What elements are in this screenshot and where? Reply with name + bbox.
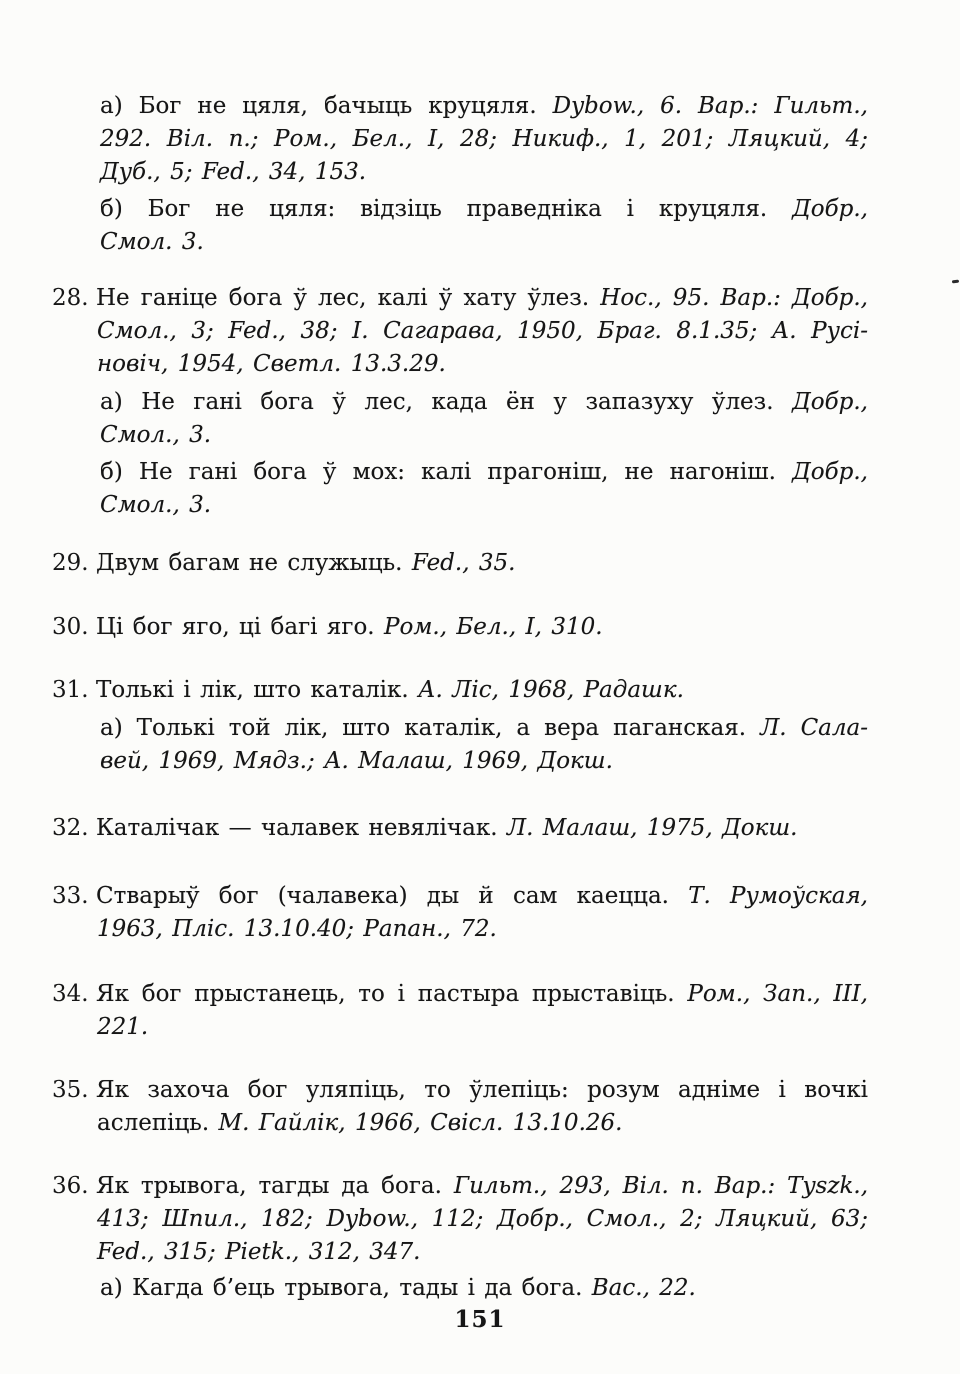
proverb-text: Як захоча бог уляпіць, то ўлепіць: розум…: [96, 1077, 868, 1103]
text-line: 1963, Пліс. 13.10.40; Рапан., 72.: [97, 913, 868, 946]
citation-text: Смол., 3; Fed., 38; І. Сагарава, 1950, Б…: [97, 318, 868, 344]
scan-speck-artifact: [952, 280, 959, 284]
text-line: новіч, 1954, Светл. 13.3.29.: [97, 348, 868, 381]
page-number: 151: [0, 1306, 960, 1333]
text-line: 221.: [97, 1011, 868, 1044]
text-line: 36.Як трывога, тагды да бога. Гильт., 29…: [52, 1170, 868, 1203]
proverb-text: Ці бог яго, ці багі яго.: [96, 614, 384, 640]
text-line: аслепіць. М. Гайлік, 1966, Свісл. 13.10.…: [97, 1107, 868, 1140]
text-line: 33.Стварыў бог (чалавека) ды й сам каецц…: [52, 880, 868, 913]
text-line: б) Не гані бога ў мох: калі прагоніш, не…: [100, 456, 868, 489]
entry-paragraph: 31.Толькі і лік, што каталік. А. Ліс, 19…: [52, 674, 868, 707]
text-line: 413; Шпил., 182; Dybow., 112; Добр., Смо…: [97, 1203, 868, 1236]
entry-number: 34.: [52, 978, 96, 1011]
citation-text: Ром., Бел., I, 310.: [384, 614, 603, 640]
proverb-text: а) Кагда б’ець трывога, тады і да бога.: [100, 1275, 592, 1301]
text-line: а) Бог не цяля, бачыць круцяля. Dybow., …: [100, 90, 868, 123]
text-line: Fed., 315; Pietk., 312, 347.: [97, 1236, 868, 1269]
citation-text: Дуб., 5; Fed., 34, 153.: [100, 159, 366, 185]
citation-text: 292. Віл. п.; Ром., Бел., I, 28; Никиф.,…: [100, 126, 868, 152]
citation-text: Добр.,: [792, 389, 868, 415]
text-line: а) Кагда б’ець трывога, тады і да бога. …: [100, 1272, 868, 1305]
text-line: Смол., 3.: [100, 489, 868, 522]
proverb-text: Як трывога, тагды да бога.: [96, 1173, 454, 1199]
citation-text: А. Ліс, 1968, Радашк.: [418, 677, 684, 703]
entry-number: 36.: [52, 1170, 96, 1203]
entry-paragraph: 34.Як бог прыстанець, то і пастыра прыст…: [52, 978, 868, 1044]
sub-paragraph: а) Бог не цяля, бачыць круцяля. Dybow., …: [52, 90, 868, 189]
citation-text: 413; Шпил., 182; Dybow., 112; Добр., Смо…: [97, 1206, 868, 1232]
text-line: 292. Віл. п.; Ром., Бел., I, 28; Никиф.,…: [100, 123, 868, 156]
citation-text: М. Гайлік, 1966, Свісл. 13.10.26.: [219, 1110, 623, 1136]
entry-number: 28.: [52, 282, 96, 315]
proverb-text: Каталічак — чалавек невялічак.: [96, 815, 507, 841]
proverb-text: б) Бог не цяля: відзіць праведніка і кру…: [100, 196, 792, 222]
text-line: а) Не гані бога ў лес, када ён у запазух…: [100, 386, 868, 419]
sub-paragraph: а) Не гані бога ў лес, када ён у запазух…: [52, 386, 868, 452]
text-line: 30.Ці бог яго, ці багі яго. Ром., Бел., …: [52, 611, 868, 644]
citation-text: Смол., 3.: [100, 492, 211, 518]
proverb-text: Як бог прыстанець, то і пастыра прыставі…: [96, 981, 687, 1007]
text-line: а) Толькі той лік, што каталік, а вера п…: [100, 712, 868, 745]
scanned-book-page: а) Бог не цяля, бачыць круцяля. Dybow., …: [0, 0, 960, 1374]
text-line: б) Бог не цяля: відзіць праведніка і кру…: [100, 193, 868, 226]
citation-text: Добр.,: [792, 196, 868, 222]
entry-number: 35.: [52, 1074, 96, 1107]
text-block: а) Бог не цяля, бачыць круцяля. Dybow., …: [52, 0, 868, 1374]
text-line: 29.Двум багам не служыць. Fed., 35.: [52, 547, 868, 580]
citation-text: 1963, Пліс. 13.10.40; Рапан., 72.: [97, 916, 497, 942]
entry-paragraph: 28.Не ганіце бога ў лес, калі ў хату ўле…: [52, 282, 868, 381]
entry-number: 31.: [52, 674, 96, 707]
citation-text: Нос., 95. Вар.: Добр.,: [600, 285, 868, 311]
proverb-text: а) Толькі той лік, што каталік, а вера п…: [100, 715, 760, 741]
entry-paragraph: 33.Стварыў бог (чалавека) ды й сам каецц…: [52, 880, 868, 946]
text-line: 32.Каталічак — чалавек невялічак. Л. Мал…: [52, 812, 868, 845]
citation-text: Гильт., 293, Віл. п. Вар.: Tyszk.,: [454, 1173, 868, 1199]
citation-text: Смол., 3.: [100, 422, 211, 448]
entry-number: 30.: [52, 611, 96, 644]
citation-text: Л. Сала-: [760, 715, 868, 741]
proverb-text: а) Бог не цяля, бачыць круцяля.: [100, 93, 553, 119]
entry-number: 29.: [52, 547, 96, 580]
proverb-text: Двум багам не служыць.: [96, 550, 412, 576]
proverb-text: аслепіць.: [97, 1110, 219, 1136]
citation-text: новіч, 1954, Светл. 13.3.29.: [97, 351, 446, 377]
citation-text: Л. Малаш, 1975, Докш.: [507, 815, 798, 841]
citation-text: Fed., 315; Pietk., 312, 347.: [97, 1239, 421, 1265]
entry-number: 32.: [52, 812, 96, 845]
citation-text: 221.: [97, 1014, 148, 1040]
text-line: Смол., 3.: [100, 419, 868, 452]
sub-paragraph: б) Бог не цяля: відзіць праведніка і кру…: [52, 193, 868, 259]
text-line: 34.Як бог прыстанець, то і пастыра прыст…: [52, 978, 868, 1011]
sub-paragraph: а) Толькі той лік, што каталік, а вера п…: [52, 712, 868, 778]
citation-text: Ром., Зап., III,: [687, 981, 868, 1007]
text-line: 31.Толькі і лік, што каталік. А. Ліс, 19…: [52, 674, 868, 707]
citation-text: Т. Румоўская,: [688, 883, 868, 909]
text-line: Смол. 3.: [100, 226, 868, 259]
text-line: 35.Як захоча бог уляпіць, то ўлепіць: ро…: [52, 1074, 868, 1107]
citation-text: Добр.,: [792, 459, 868, 485]
proverb-text: Не ганіце бога ў лес, калі ў хату ўлез.: [96, 285, 600, 311]
sub-paragraph: б) Не гані бога ў мох: калі прагоніш, не…: [52, 456, 868, 522]
text-line: Дуб., 5; Fed., 34, 153.: [100, 156, 868, 189]
entry-paragraph: 35.Як захоча бог уляпіць, то ўлепіць: ро…: [52, 1074, 868, 1140]
proverb-text: а) Не гані бога ў лес, када ён у запазух…: [100, 389, 792, 415]
proverb-text: Стварыў бог (чалавека) ды й сам каецца.: [96, 883, 688, 909]
text-line: 28.Не ганіце бога ў лес, калі ў хату ўле…: [52, 282, 868, 315]
proverb-text: б) Не гані бога ў мох: калі прагоніш, не…: [100, 459, 792, 485]
entry-paragraph: 36.Як трывога, тагды да бога. Гильт., 29…: [52, 1170, 868, 1269]
citation-text: Вас., 22.: [592, 1275, 696, 1301]
text-line: вей, 1969, Мядз.; А. Малаш, 1969, Докш.: [100, 745, 868, 778]
citation-text: Fed., 35.: [412, 550, 516, 576]
citation-text: Dybow., 6. Вар.: Гильт.,: [553, 93, 868, 119]
citation-text: Смол. 3.: [100, 229, 204, 255]
entry-paragraph: 29.Двум багам не служыць. Fed., 35.: [52, 547, 868, 580]
entry-paragraph: 30.Ці бог яго, ці багі яго. Ром., Бел., …: [52, 611, 868, 644]
text-line: Смол., 3; Fed., 38; І. Сагарава, 1950, Б…: [97, 315, 868, 348]
entry-number: 33.: [52, 880, 96, 913]
entry-paragraph: 32.Каталічак — чалавек невялічак. Л. Мал…: [52, 812, 868, 845]
citation-text: вей, 1969, Мядз.; А. Малаш, 1969, Докш.: [100, 748, 613, 774]
proverb-text: Толькі і лік, што каталік.: [96, 677, 418, 703]
sub-paragraph: а) Кагда б’ець трывога, тады і да бога. …: [52, 1272, 868, 1305]
